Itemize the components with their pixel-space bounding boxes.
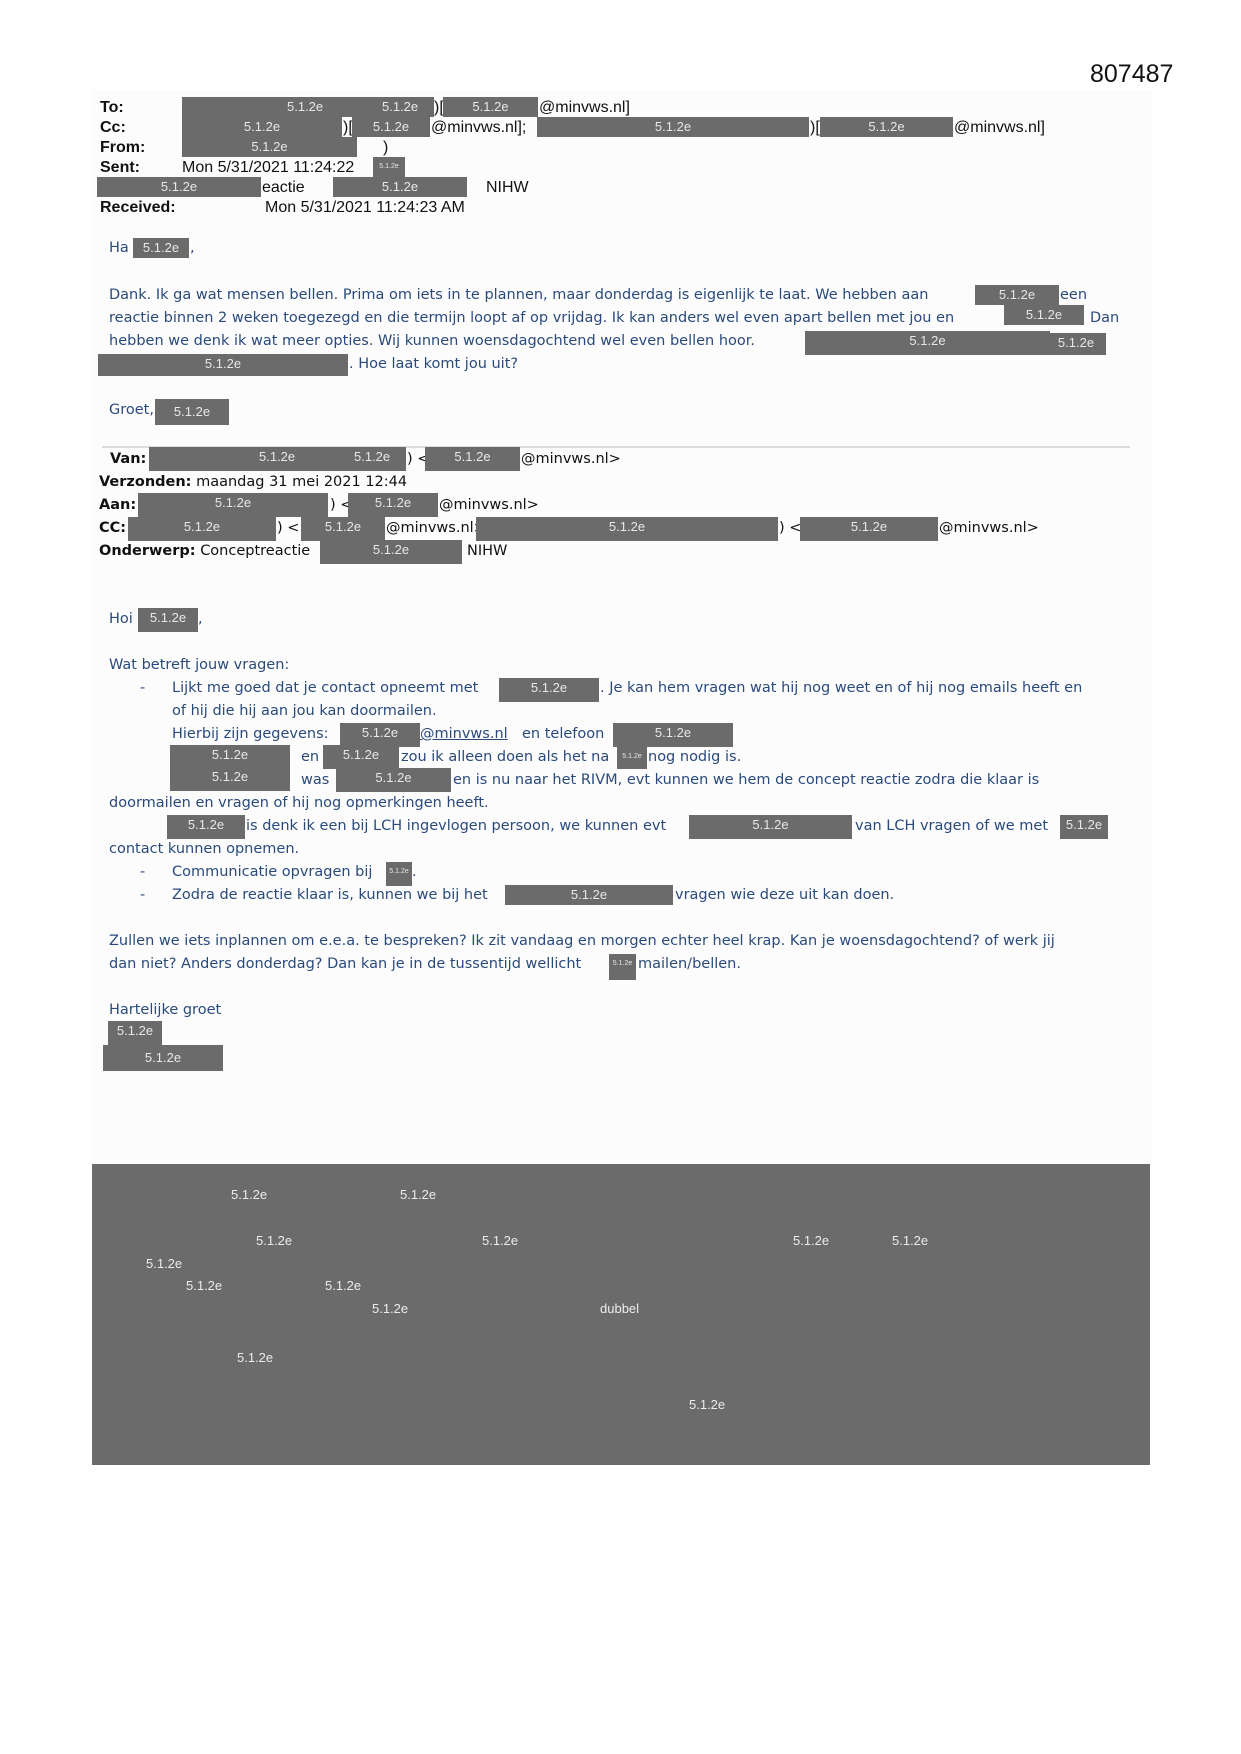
redaction: 5.1.2e <box>609 954 636 980</box>
redaction-label: 5.1.2e <box>482 1233 518 1248</box>
subject-fragment: eactie <box>262 179 305 197</box>
redaction: 5.1.2e <box>537 117 809 137</box>
redaction-label: 5.1.2e <box>231 1187 267 1202</box>
bullet-dash: - <box>140 887 145 903</box>
bullet-3b: vragen wie deze uit kan doen. <box>675 887 894 903</box>
redaction: 5.1.2e <box>128 517 276 541</box>
redaction-label: 5.1.2e <box>237 1350 273 1365</box>
redaction-label: 5.1.2e <box>146 1256 182 1271</box>
bullet-1-line-5b: en is nu naar het RIVM, evt kunnen we he… <box>453 772 1039 788</box>
bullet-1-line-3a: Hierbij zijn gegevens: <box>172 726 329 742</box>
paragraph-3-line-2: contact kunnen opnemen. <box>109 841 299 857</box>
to-email-suffix: @minvws.nl] <box>539 99 630 117</box>
reply-line-2: reactie binnen 2 weken toegezegd en die … <box>109 310 954 326</box>
redaction-label: dubbel <box>600 1301 639 1316</box>
to-label: To: <box>100 99 124 117</box>
redaction: 5.1.2e <box>167 815 245 839</box>
reply-line-4: . Hoe laat komt jou uit? <box>349 356 518 372</box>
redaction: 5.1.2e <box>98 354 348 376</box>
cc-email-suffix: @minvws.nl] <box>954 119 1045 137</box>
reply-closing: Groet, <box>109 402 154 418</box>
redaction: 5.1.2e <box>133 238 189 258</box>
document-id: 807487 <box>1090 60 1173 89</box>
redaction: 5.1.2e <box>820 117 953 137</box>
lt-text: ) < <box>779 520 801 536</box>
redaction: 5.1.2e <box>182 117 342 137</box>
reply-line-1: Dank. Ik ga wat mensen bellen. Prima om … <box>109 287 928 303</box>
redaction: 5.1.2e <box>425 447 520 471</box>
bullet-1-line-4c: nog nodig is. <box>648 749 741 765</box>
redaction: 5.1.2e <box>138 608 198 632</box>
paragraph-3-line-1b: van LCH vragen of we met <box>855 818 1048 834</box>
received-value: Mon 5/31/2021 11:24:23 AM <box>265 199 465 217</box>
redaction-label: 5.1.2e <box>793 1233 829 1248</box>
paragraph-2: doormailen en vragen of hij nog opmerkin… <box>109 795 489 811</box>
redaction: 5.1.2e <box>373 157 405 177</box>
bullet-2: Communicatie opvragen bij <box>172 864 372 880</box>
reply-line-1-end: een <box>1060 287 1087 303</box>
reply-line-3: hebben we denk ik wat meer opties. Wij k… <box>109 333 755 349</box>
redaction: 5.1.2e <box>1046 333 1106 355</box>
intro-text: Wat betreft jouw vragen: <box>109 657 289 673</box>
redaction-label: 5.1.2e <box>892 1233 928 1248</box>
paragraph-4-line-1: Zullen we iets inplannen om e.e.a. te be… <box>109 933 1055 949</box>
cc-email-suffix: @minvws.nl]; <box>431 119 526 137</box>
redaction: 5.1.2e5.1.2e <box>170 745 290 791</box>
redaction: 5.1.2e <box>97 177 261 197</box>
received-label: Received: <box>100 199 176 217</box>
van-email-suffix: @minvws.nl> <box>521 451 621 467</box>
bullet-3a: Zodra de reactie klaar is, kunnen we bij… <box>172 887 488 903</box>
redaction: 5.1.2e <box>323 745 399 769</box>
scanned-email-area <box>92 90 1152 1165</box>
bullet-dash: - <box>140 680 145 696</box>
onderwerp-row: Onderwerp: Conceptreactie <box>99 543 310 559</box>
email-link[interactable]: @minvws.nl <box>420 726 508 742</box>
original-greeting: Hoi <box>109 611 133 627</box>
redaction: 5.1.2e <box>155 399 229 425</box>
redaction: 5.1.2e <box>805 331 1050 355</box>
redaction: 5.1.2e <box>352 117 430 137</box>
paragraph-4-line-2a: dan niet? Anders donderdag? Dan kan je i… <box>109 956 581 972</box>
van-label: Van: <box>110 451 146 467</box>
paragraph-4-line-2b: mailen/bellen. <box>638 956 741 972</box>
reply-line-2-end: Dan <box>1090 310 1119 326</box>
paragraph-3-line-1a: is denk ik een bij LCH ingevlogen persoo… <box>246 818 666 834</box>
redaction: 5.1.2e <box>340 723 420 747</box>
redaction: 5.1.2e <box>800 517 938 541</box>
cc-label: CC: <box>99 520 126 536</box>
redaction: 5.1.2e <box>333 177 467 197</box>
sent-label: Sent: <box>100 159 140 177</box>
redaction: 5.1.2e <box>320 540 462 564</box>
cc-email-suffix: @minvws.nl>; <box>386 520 491 536</box>
redaction: 5.1.2e <box>336 768 451 792</box>
original-closing: Hartelijke groet <box>109 1002 221 1018</box>
comma: , <box>190 240 195 256</box>
cc-email-suffix: @minvws.nl> <box>939 520 1039 536</box>
redaction: 5.1.2e <box>975 285 1059 305</box>
aan-label: Aan: <box>99 497 136 513</box>
redaction: 5.1.2e <box>443 97 538 117</box>
redaction: 5.1.2e <box>499 678 599 702</box>
redaction: 5.1.2e <box>617 747 647 769</box>
cc-label: Cc: <box>100 119 126 137</box>
from-label: From: <box>100 139 145 157</box>
redaction: 5.1.2e <box>505 885 673 905</box>
redaction: 5.1.2e <box>613 723 733 747</box>
bullet-2-end: . <box>412 864 417 880</box>
lt-text: ) < <box>277 520 299 536</box>
comma: , <box>198 611 203 627</box>
redaction: 5.1.2e <box>108 1021 162 1045</box>
sent-value: Mon 5/31/2021 11:24:22 <box>182 159 354 177</box>
bullet-1-line-2: of hij die hij aan jou kan doormailen. <box>172 703 437 719</box>
redaction-label: 5.1.2e <box>186 1278 222 1293</box>
redaction: 5.1.2e <box>348 493 438 517</box>
redaction: 5.1.2e5.1.2e <box>182 97 434 117</box>
redaction: 5.1.2e <box>1004 305 1084 325</box>
redaction-label: 5.1.2e <box>325 1278 361 1293</box>
redaction: 5.1.2e <box>138 493 328 517</box>
redaction: 5.1.2e <box>1060 815 1108 839</box>
redaction-label: 5.1.2e <box>689 1397 725 1412</box>
bullet-1-line-1b: . Je kan hem vragen wat hij nog weet en … <box>600 680 1082 696</box>
redaction: 5.1.2e <box>182 137 357 157</box>
redaction: 5.1.2e <box>386 862 412 886</box>
redaction-label: 5.1.2e <box>256 1233 292 1248</box>
aan-email-suffix: @minvws.nl> <box>439 497 539 513</box>
redaction: 5.1.2e <box>301 517 385 541</box>
bullet-dash: - <box>140 864 145 880</box>
onderwerp-suffix: NIHW <box>467 543 507 559</box>
redacted-block: 5.1.2e 5.1.2e 5.1.2e 5.1.2e 5.1.2e 5.1.2… <box>92 1164 1150 1465</box>
subject-suffix: NIHW <box>486 179 529 197</box>
reply-greeting: Ha <box>109 240 129 256</box>
redaction-label: 5.1.2e <box>400 1187 436 1202</box>
bullet-1-line-4b: zou ik alleen doen als het na <box>401 749 609 765</box>
bullet-1-line-1a: Lijkt me goed dat je contact opneemt met <box>172 680 478 696</box>
redaction-label: 5.1.2e <box>372 1301 408 1316</box>
bullet-1-line-4a: en <box>301 749 319 765</box>
redaction: 5.1.2e5.1.2e <box>149 447 406 471</box>
bracket-text: )[ <box>810 119 820 137</box>
redaction: 5.1.2e <box>103 1045 223 1071</box>
bullet-1-line-5a: was <box>301 772 329 788</box>
paren-text: ) <box>383 139 388 157</box>
bullet-1-line-3b: en telefoon <box>522 726 604 742</box>
redaction: 5.1.2e <box>476 517 778 541</box>
redaction: 5.1.2e <box>689 815 852 839</box>
document-page: 807487 To: 5.1.2e5.1.2e )[ 5.1.2e @minvw… <box>0 0 1241 1754</box>
verzonden-row: Verzonden: maandag 31 mei 2021 12:44 <box>99 474 407 490</box>
